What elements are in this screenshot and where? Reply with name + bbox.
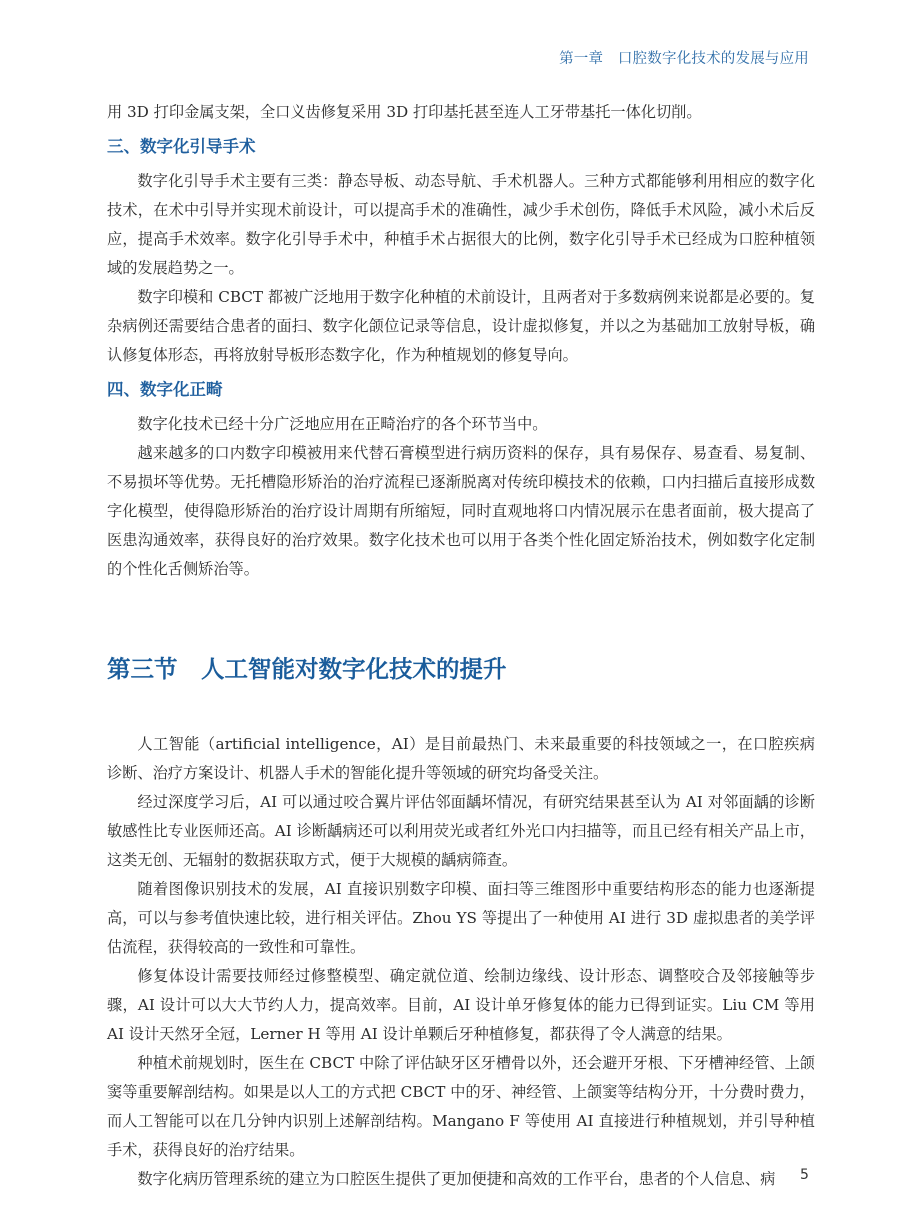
paragraph: 数字化技术已经十分广泛地应用在正畸治疗的各个环节当中。 xyxy=(107,410,815,439)
paragraph: 数字化病历管理系统的建立为口腔医生提供了更加便捷和高效的工作平台，患者的个人信息… xyxy=(107,1165,815,1194)
paragraph: 种植术前规划时，医生在 CBCT 中除了评估缺牙区牙槽骨以外，还会避开牙根、下牙… xyxy=(107,1049,815,1165)
continued-paragraph: 用 3D 打印金属支架，全口义齿修复采用 3D 打印基托甚至连人工牙带基托一体化… xyxy=(107,98,815,127)
running-header-chapter-title: 第一章 口腔数字化技术的发展与应用 xyxy=(559,47,809,68)
paragraph: 经过深度学习后，AI 可以通过咬合翼片评估邻面龋坏情况，有研究结果甚至认为 AI… xyxy=(107,788,815,875)
subsection-heading-digital-guided-surgery: 三、数字化引导手术 xyxy=(107,132,815,162)
paragraph: 越来越多的口内数字印模被用来代替石膏模型进行病历资料的保存，具有易保存、易查看、… xyxy=(107,439,815,584)
subsection-heading-digital-orthodontics: 四、数字化正畸 xyxy=(107,375,815,405)
section-heading-ai: 第三节 人工智能对数字化技术的提升 xyxy=(107,652,815,686)
paragraph: 修复体设计需要技师经过修整模型、确定就位道、绘制边缘线、设计形态、调整咬合及邻接… xyxy=(107,962,815,1049)
paragraph: 数字化引导手术主要有三类：静态导板、动态导航、手术机器人。三种方式都能够利用相应… xyxy=(107,167,815,283)
paragraph: 人工智能（artificial intelligence，AI）是目前最热门、未… xyxy=(107,730,815,788)
paragraph: 数字印模和 CBCT 都被广泛地用于数字化种植的术前设计，且两者对于多数病例来说… xyxy=(107,283,815,370)
paragraph: 随着图像识别技术的发展，AI 直接识别数字印模、面扫等三维图形中重要结构形态的能… xyxy=(107,875,815,962)
page-number: 5 xyxy=(800,1167,809,1183)
page-body: 用 3D 打印金属支架，全口义齿修复采用 3D 打印基托甚至连人工牙带基托一体化… xyxy=(107,98,815,1194)
